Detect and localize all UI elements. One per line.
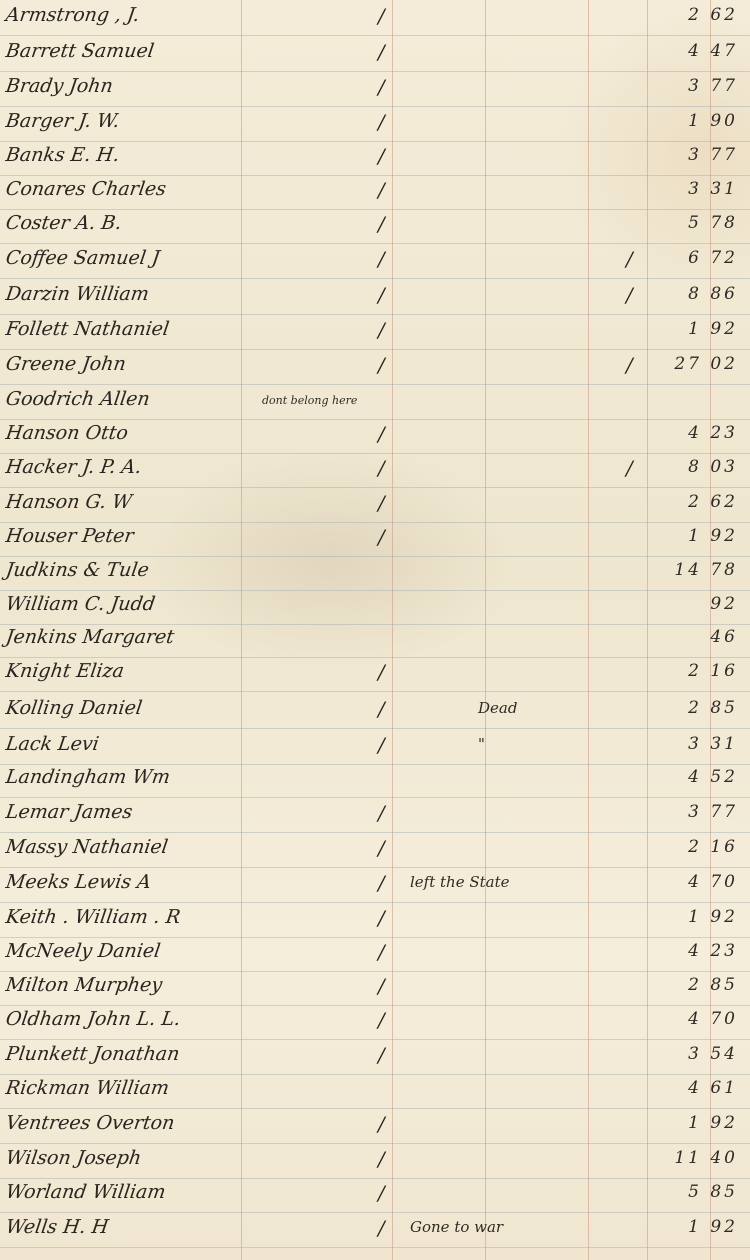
tally-mark: / <box>378 1147 385 1171</box>
taxpayer-name: Ventrees Overton <box>4 1112 247 1134</box>
amount: 92 <box>658 594 738 614</box>
amount: 1 92 <box>658 1217 738 1237</box>
taxpayer-name: Banks E. H. <box>4 144 247 166</box>
taxpayer-name: Hacker J. P. A. <box>4 456 247 478</box>
secondary-tally-mark: / <box>626 247 633 271</box>
amount: 8 86 <box>658 284 738 304</box>
amount: 1 92 <box>658 907 738 927</box>
remark: left the State <box>410 873 650 891</box>
taxpayer-name: Hanson Otto <box>4 422 247 444</box>
amount: 27 02 <box>658 354 738 374</box>
taxpayer-name: Judkins & Tule <box>4 559 247 581</box>
taxpayer-name: Massy Nathaniel <box>4 836 247 858</box>
ledger-row: Greene John / / 27 02 <box>0 349 750 385</box>
tally-mark: / <box>378 940 385 964</box>
taxpayer-name: Barrett Samuel <box>4 40 247 62</box>
remark: dont belong here <box>262 394 502 407</box>
tally-mark: / <box>378 40 385 64</box>
tally-mark: / <box>378 110 385 134</box>
taxpayer-name: Oldham John L. L. <box>4 1008 247 1030</box>
tally-mark: / <box>378 836 385 860</box>
ledger-row: Worland William / 5 85 <box>0 1177 750 1213</box>
ledger-row: Oldham John L. L. / 4 70 <box>0 1004 750 1040</box>
ledger-row: Coster A. B. / 5 78 <box>0 208 750 244</box>
taxpayer-name: Landingham Wm <box>4 766 247 788</box>
taxpayer-name: Lack Levi <box>4 733 247 755</box>
amount: 2 16 <box>658 837 738 857</box>
tally-mark: / <box>378 247 385 271</box>
taxpayer-name: William C. Judd <box>4 593 247 615</box>
amount: 3 31 <box>658 734 738 754</box>
ledger-row: Massy Nathaniel / 2 16 <box>0 832 750 868</box>
amount: 11 40 <box>658 1148 738 1168</box>
ledger-row: Knight Eliza / 2 16 <box>0 656 750 692</box>
amount: 1 92 <box>658 1113 738 1133</box>
secondary-tally-mark: / <box>626 456 633 480</box>
tally-mark: / <box>378 491 385 515</box>
tally-mark: / <box>378 733 385 757</box>
amount: 4 47 <box>658 41 738 61</box>
amount: 3 77 <box>658 76 738 96</box>
taxpayer-name: Houser Peter <box>4 525 247 547</box>
taxpayer-name: Wilson Joseph <box>4 1147 247 1169</box>
taxpayer-name: Hanson G. W <box>4 491 247 513</box>
amount: 4 70 <box>658 1009 738 1029</box>
ledger-row: Keith . William . R / 1 92 <box>0 902 750 938</box>
tally-mark: / <box>378 4 385 28</box>
taxpayer-name: Jenkins Margaret <box>4 626 247 648</box>
ledger-page: Armstrong , J. / 2 62 Barrett Samuel / 4… <box>0 0 750 1260</box>
taxpayer-name: Worland William <box>4 1181 247 1203</box>
ledger-row: Lemar James / 3 77 <box>0 797 750 833</box>
ledger-row: Plunkett Jonathan / 3 54 <box>0 1039 750 1075</box>
amount: 2 16 <box>658 661 738 681</box>
amount: 46 <box>658 627 738 647</box>
taxpayer-name: Greene John <box>4 353 247 375</box>
amount: 1 90 <box>658 111 738 131</box>
ledger-row: Jenkins Margaret 46 <box>0 622 750 658</box>
tally-mark: / <box>378 1008 385 1032</box>
amount: 4 23 <box>658 941 738 961</box>
ledger-row: Conares Charles / 3 31 <box>0 174 750 210</box>
ledger-row: Goodrich Allen dont belong here <box>0 384 750 420</box>
tally-mark: / <box>378 283 385 307</box>
tally-mark: / <box>378 178 385 202</box>
ledger-row: Meeks Lewis A / left the State 4 70 <box>0 867 750 903</box>
taxpayer-name: Brady John <box>4 75 247 97</box>
taxpayer-name: Lemar James <box>4 801 247 823</box>
amount: 4 70 <box>658 872 738 892</box>
secondary-tally-mark: / <box>626 353 633 377</box>
ledger-row: Hanson Otto / 4 23 <box>0 418 750 454</box>
ledger-row: Darzin William / / 8 86 <box>0 279 750 315</box>
amount: 2 62 <box>658 5 738 25</box>
amount: 3 77 <box>658 802 738 822</box>
tally-mark: / <box>378 1043 385 1067</box>
taxpayer-name: Meeks Lewis A <box>4 871 247 893</box>
taxpayer-name: Armstrong , J. <box>4 4 247 26</box>
ledger-row: Brady John / 3 77 <box>0 71 750 107</box>
taxpayer-name: Keith . William . R <box>4 906 247 928</box>
ledger-row: Barrett Samuel / 4 47 <box>0 36 750 72</box>
amount: 2 62 <box>658 492 738 512</box>
amount: 1 92 <box>658 526 738 546</box>
ledger-row: William C. Judd 92 <box>0 589 750 625</box>
ledger-row: Hacker J. P. A. / / 8 03 <box>0 452 750 488</box>
amount: 2 85 <box>658 975 738 995</box>
taxpayer-name: Knight Eliza <box>4 660 247 682</box>
amount: 4 61 <box>658 1078 738 1098</box>
ledger-row: Houser Peter / 1 92 <box>0 521 750 557</box>
ledger-row: Wells H. H / Gone to war 1 92 <box>0 1212 750 1248</box>
tally-mark: / <box>378 1181 385 1205</box>
amount: 3 77 <box>658 145 738 165</box>
ledger-row: Judkins & Tule 14 78 <box>0 555 750 591</box>
tally-mark: / <box>378 75 385 99</box>
tally-mark: / <box>378 906 385 930</box>
taxpayer-name: Wells H. H <box>4 1216 247 1238</box>
tally-mark: / <box>378 456 385 480</box>
taxpayer-name: Conares Charles <box>4 178 247 200</box>
ledger-row: McNeely Daniel / 4 23 <box>0 936 750 972</box>
remark: Gone to war <box>410 1218 650 1236</box>
ledger-row: Banks E. H. / 3 77 <box>0 140 750 176</box>
taxpayer-name: Coffee Samuel J <box>4 247 247 269</box>
taxpayer-name: Barger J. W. <box>4 110 247 132</box>
tally-mark: / <box>378 871 385 895</box>
taxpayer-name: Darzin William <box>4 283 247 305</box>
amount: 4 52 <box>658 767 738 787</box>
tally-mark: / <box>378 1216 385 1240</box>
secondary-tally-mark: / <box>626 283 633 307</box>
tally-mark: / <box>378 422 385 446</box>
ledger-row: Kolling Daniel / Dead 2 85 <box>0 693 750 729</box>
tally-mark: / <box>378 974 385 998</box>
amount: 4 23 <box>658 423 738 443</box>
tally-mark: / <box>378 318 385 342</box>
amount: 3 31 <box>658 179 738 199</box>
amount: 5 85 <box>658 1182 738 1202</box>
amount: 3 54 <box>658 1044 738 1064</box>
amount: 8 03 <box>658 457 738 477</box>
ledger-row: Ventrees Overton / 1 92 <box>0 1108 750 1144</box>
ledger-row: Rickman William 4 61 <box>0 1073 750 1109</box>
ledger-row: Coffee Samuel J / / 6 72 <box>0 243 750 279</box>
ledger-row: Follett Nathaniel / 1 92 <box>0 314 750 350</box>
taxpayer-name: Coster A. B. <box>4 212 247 234</box>
tally-mark: / <box>378 353 385 377</box>
taxpayer-name: Rickman William <box>4 1077 247 1099</box>
tally-mark: / <box>378 801 385 825</box>
amount: 14 78 <box>658 560 738 580</box>
taxpayer-name: Goodrich Allen <box>4 388 247 410</box>
tally-mark: / <box>378 660 385 684</box>
taxpayer-name: Follett Nathaniel <box>4 318 247 340</box>
ledger-row: Barger J. W. / 1 90 <box>0 106 750 142</box>
tally-mark: / <box>378 1112 385 1136</box>
taxpayer-name: Kolling Daniel <box>4 697 247 719</box>
tally-mark: / <box>378 525 385 549</box>
ledger-row: Lack Levi / " 3 31 <box>0 729 750 765</box>
amount: 1 92 <box>658 319 738 339</box>
ledger-row: Landingham Wm 4 52 <box>0 762 750 798</box>
taxpayer-name: Milton Murphey <box>4 974 247 996</box>
ledger-row: Hanson G. W / 2 62 <box>0 487 750 523</box>
ledger-row: Armstrong , J. / 2 62 <box>0 0 750 36</box>
amount: 6 72 <box>658 248 738 268</box>
taxpayer-name: Plunkett Jonathan <box>4 1043 247 1065</box>
amount: 2 85 <box>658 698 738 718</box>
tally-mark: / <box>378 697 385 721</box>
amount: 5 78 <box>658 213 738 233</box>
ledger-row: Milton Murphey / 2 85 <box>0 970 750 1006</box>
taxpayer-name: McNeely Daniel <box>4 940 247 962</box>
tally-mark: / <box>378 212 385 236</box>
tally-mark: / <box>378 144 385 168</box>
ledger-row: Wilson Joseph / 11 40 <box>0 1143 750 1179</box>
